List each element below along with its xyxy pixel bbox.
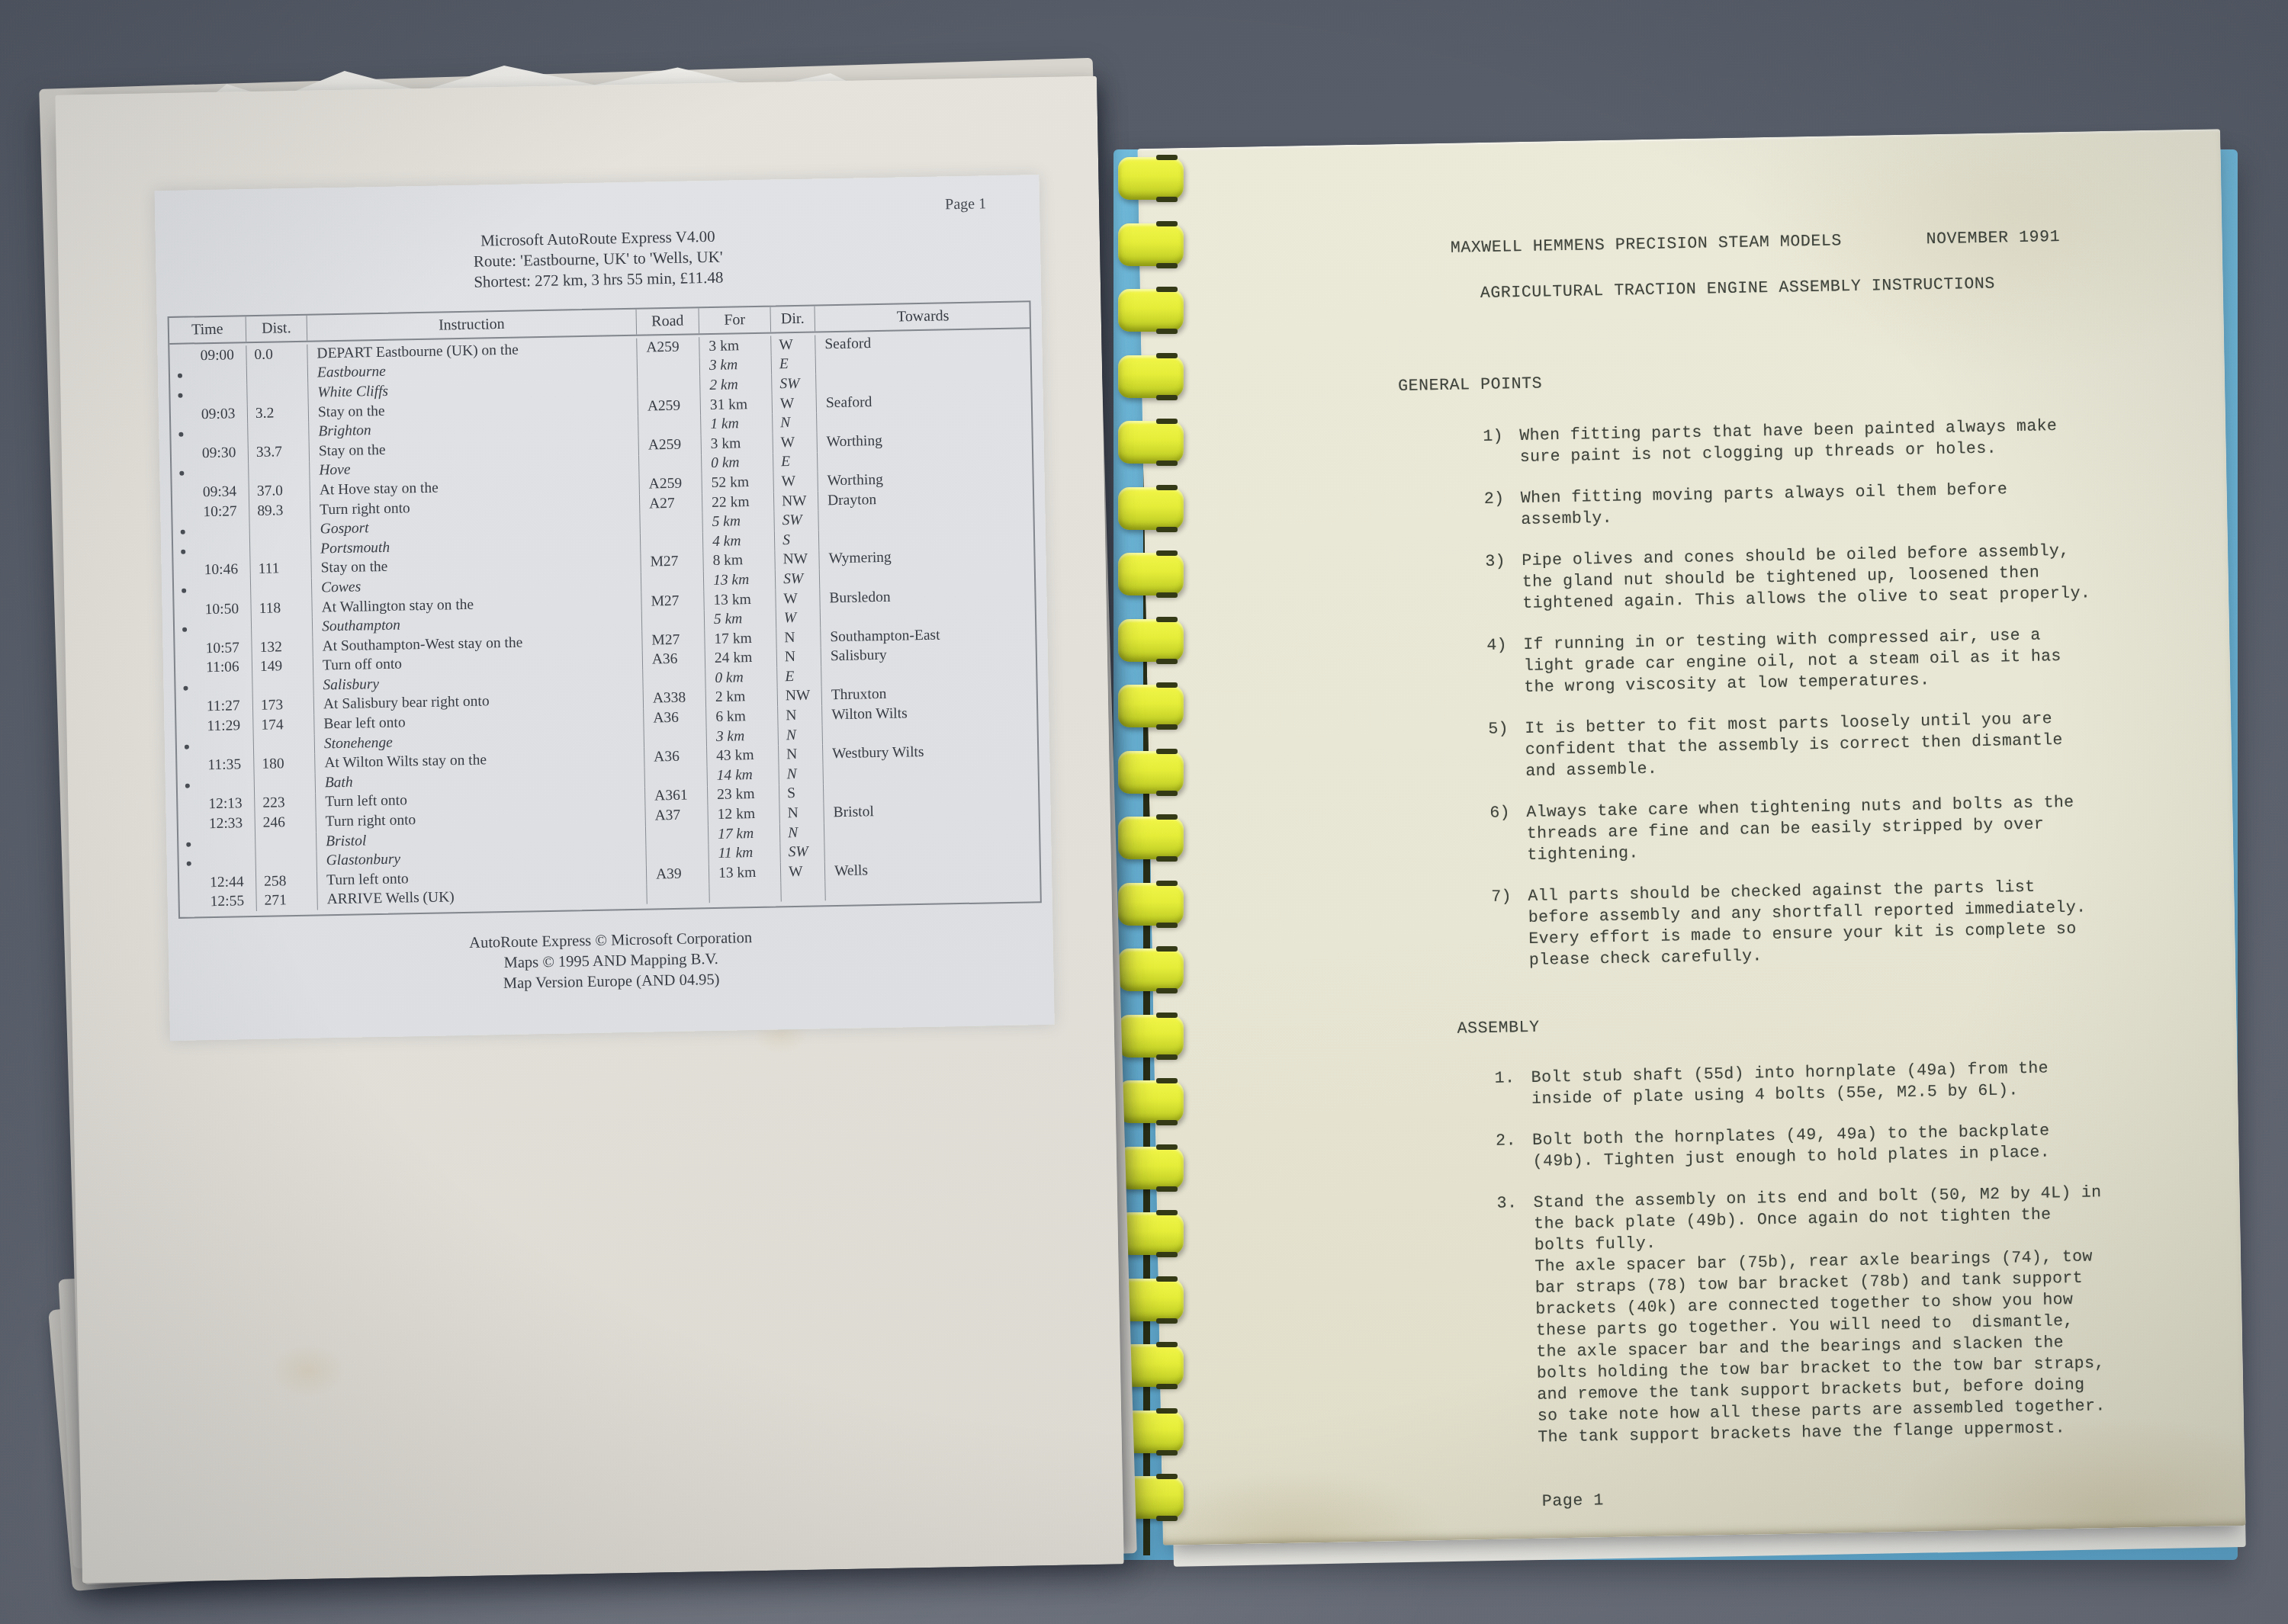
route-direction: N (778, 764, 822, 785)
assembly-step-text: Bolt both the hornplates (49, 49a) to th… (1532, 1120, 2050, 1172)
route-distance: 3.2 (247, 403, 308, 423)
comb-ring (1118, 1080, 1184, 1123)
route-distance: 223 (254, 793, 315, 814)
waypoint-bullet (183, 686, 188, 691)
comb-ring (1118, 817, 1184, 859)
general-point-text: Always take care when tightening nuts an… (1526, 792, 2075, 866)
route-time: 12:13 (208, 796, 243, 814)
general-point-number: 6) (1489, 802, 1528, 867)
route-road: A27 (639, 493, 702, 514)
route-for: 5 km (702, 512, 773, 532)
route-direction: S (779, 784, 823, 804)
general-point-number: 4) (1486, 634, 1525, 699)
route-time-cell: 10:46 (173, 561, 249, 579)
route-for: 1 km (700, 414, 772, 435)
route-distance: 258 (255, 871, 317, 892)
route-time: 11:06 (206, 660, 239, 677)
route-time-cell: 09:30 (172, 445, 248, 463)
assembly-step-item: 1. Bolt stub shaft (55d) into hornplate … (1495, 1056, 2151, 1111)
route-direction: W (773, 432, 817, 453)
manual-date: NOVEMBER 1991 (1926, 228, 2060, 249)
comb-ring (1118, 157, 1184, 200)
comb-ring (1118, 355, 1184, 398)
autoroute-header: Microsoft AutoRoute Express V4.00 Route:… (156, 220, 1041, 298)
route-time: 12:33 (209, 815, 243, 833)
general-point-text: When fitting moving parts always oil the… (1521, 479, 2008, 531)
route-direction: W (773, 472, 817, 493)
route-time: 12:44 (210, 874, 244, 891)
general-point-text: Pipe olives and cones should be oiled be… (1522, 540, 2090, 615)
route-time-cell: 12:13 (178, 796, 254, 814)
column-header-towards: Towards (814, 302, 1031, 331)
route-towards (824, 878, 1041, 901)
route-direction: SW (779, 842, 824, 863)
route-road: A36 (644, 747, 706, 768)
waypoint-bullet (178, 432, 183, 437)
route-direction: SW (775, 570, 819, 590)
route-time-cell: 10:57 (175, 640, 251, 658)
route-time: 10:46 (204, 562, 238, 579)
route-for: 12 km (707, 804, 779, 825)
route-direction: W (770, 335, 815, 355)
route-time: 11:29 (207, 717, 240, 735)
route-distance: 89.3 (249, 500, 310, 521)
assembly-step-number: 1. (1495, 1067, 1532, 1111)
autoroute-printed-area: Page 1 Microsoft AutoRoute Express V4.00… (155, 175, 1055, 1041)
autoroute-printout-sheet: Page 1 Microsoft AutoRoute Express V4.00… (55, 76, 1124, 1584)
route-time-cell: 12:33 (178, 815, 255, 833)
route-distance (253, 734, 314, 755)
route-time: 10:50 (204, 601, 239, 618)
general-point-text: All parts should be checked against the … (1528, 876, 2087, 971)
route-direction: N (779, 823, 824, 843)
route-direction: N (776, 627, 820, 648)
route-road (637, 357, 699, 377)
assembly-step-number: 3. (1497, 1192, 1538, 1449)
route-for: 22 km (702, 492, 773, 512)
route-road (644, 727, 706, 748)
route-for (709, 882, 780, 903)
comb-ring (1118, 421, 1184, 464)
route-time-cell: 12:44 (179, 874, 255, 892)
route-time-cell (174, 589, 250, 591)
route-direction: NW (774, 550, 818, 570)
route-road: A36 (643, 708, 705, 728)
general-point-number: 2) (1484, 488, 1522, 531)
route-road: A338 (643, 688, 705, 709)
general-point-number: 5) (1488, 718, 1526, 783)
general-point-number: 3) (1485, 550, 1523, 615)
route-for: 23 km (707, 785, 779, 805)
route-time-cell (178, 785, 254, 786)
route-distance: 180 (253, 754, 314, 775)
route-direction: W (780, 862, 824, 882)
route-time: 09:00 (200, 347, 234, 364)
waypoint-bullet (185, 783, 190, 788)
general-point-text: It is better to fit most parts loosely u… (1525, 708, 2063, 782)
comb-ring (1118, 685, 1184, 727)
route-distance: 33.7 (248, 442, 309, 463)
general-point-item: 4) If running in or testing with compres… (1486, 624, 2120, 699)
route-time-cell (170, 375, 246, 377)
waypoint-bullet (178, 374, 182, 378)
assembly-heading: ASSEMBLY (1457, 1019, 1539, 1038)
route-direction: W (772, 393, 816, 414)
manual-title: AGRICULTURAL TRACTION ENGINE ASSEMBLY IN… (1480, 275, 1995, 303)
waypoint-bullet (182, 589, 186, 593)
route-for: 24 km (705, 648, 776, 669)
general-point-item: 6) Always take care when tightening nuts… (1489, 791, 2123, 867)
comb-ring (1118, 223, 1184, 266)
route-for: 17 km (704, 628, 776, 649)
general-points-heading: GENERAL POINTS (1398, 374, 1542, 395)
route-distance (246, 384, 307, 404)
route-time: 11:35 (207, 757, 241, 775)
route-for: 11 km (708, 843, 779, 864)
route-distance: 174 (252, 715, 313, 736)
general-point-item: 3) Pipe olives and cones should be oiled… (1485, 540, 2119, 615)
route-direction: S (774, 530, 818, 550)
route-distance: 132 (251, 637, 312, 658)
route-time-cell (173, 531, 249, 532)
comb-ring (1118, 883, 1184, 926)
manual-company-name: MAXWELL HEMMENS PRECISION STEAM MODELS (1451, 232, 1842, 257)
route-direction: W (776, 608, 820, 629)
route-road: M27 (641, 630, 704, 650)
manual-page-number: Page 1 (1542, 1491, 1604, 1510)
assembly-step-text: Bolt stub shaft (55d) into hornplate (49… (1531, 1058, 2049, 1109)
route-for: 2 km (699, 375, 771, 396)
route-distance (255, 852, 316, 872)
route-time-cell: 09:34 (172, 483, 249, 502)
column-header-instruction: Instruction (307, 310, 637, 341)
route-time-cell: 11:27 (176, 698, 252, 717)
route-distance (254, 774, 315, 794)
column-header-dist: Dist. (246, 316, 307, 342)
route-time-cell: 12:55 (179, 893, 255, 911)
route-direction: W (775, 589, 819, 609)
general-point-number: 1) (1483, 425, 1520, 469)
route-road: A39 (646, 864, 709, 884)
route-time: 10:57 (205, 640, 239, 657)
route-time-cell (172, 472, 248, 473)
general-point-text: When fitting parts that have been painte… (1519, 416, 2058, 468)
route-distance: 173 (252, 695, 313, 716)
general-point-text: If running in or testing with compressed… (1523, 624, 2061, 698)
general-point-item: 1) When fitting parts that have been pai… (1483, 415, 2116, 469)
route-direction: N (779, 804, 823, 824)
route-time: 10:27 (203, 503, 237, 521)
route-direction (780, 881, 824, 902)
route-road (641, 571, 703, 592)
route-direction: E (773, 452, 817, 473)
route-for: 14 km (707, 765, 779, 786)
route-distance (249, 520, 310, 541)
assembly-step-number: 2. (1496, 1130, 1533, 1173)
route-direction: N (777, 706, 821, 727)
route-time-cell (178, 843, 255, 845)
route-for: 17 km (708, 823, 779, 844)
route-time-cell: 11:06 (175, 659, 252, 677)
route-direction: N (772, 413, 816, 434)
route-road (645, 825, 708, 846)
route-distance: 271 (255, 891, 317, 911)
route-distance: 111 (249, 559, 310, 579)
waypoint-bullet (182, 627, 187, 632)
column-header-time: Time (169, 316, 246, 343)
route-road: A37 (644, 805, 707, 826)
route-time: 12:55 (210, 894, 244, 911)
route-road: A259 (636, 337, 699, 358)
column-header-road: Road (636, 308, 699, 334)
route-time: 09:03 (201, 406, 236, 423)
route-time-cell (176, 687, 252, 688)
comb-ring (1118, 1015, 1184, 1058)
route-direction: SW (773, 511, 818, 531)
general-point-item: 5) It is better to fit most parts loosel… (1488, 708, 2122, 783)
route-time-cell: 11:35 (177, 756, 253, 775)
route-road: M27 (641, 591, 703, 611)
route-road: A259 (638, 435, 701, 455)
comb-ring (1118, 289, 1184, 332)
route-table: Time Dist. Instruction Road For Dir. Tow… (168, 300, 1042, 919)
column-header-dir: Dir. (770, 306, 815, 332)
route-distance (250, 579, 311, 599)
route-for: 8 km (702, 550, 774, 571)
route-distance: 0.0 (246, 345, 307, 365)
route-for: 31 km (700, 394, 772, 415)
route-direction: N (778, 725, 822, 746)
route-for: 13 km (709, 862, 780, 883)
route-for: 52 km (701, 473, 773, 493)
route-time-cell (171, 433, 247, 435)
waypoint-bullet (185, 744, 189, 749)
route-distance: 149 (252, 656, 313, 677)
route-time-cell (170, 394, 246, 396)
route-for: 0 km (705, 668, 776, 688)
route-road (644, 766, 707, 787)
route-for: 3 km (706, 726, 778, 746)
route-distance (248, 461, 309, 482)
route-time-cell: 10:27 (172, 503, 249, 522)
route-for: 13 km (703, 570, 775, 591)
comb-ring (1118, 948, 1184, 991)
waypoint-bullet (178, 393, 182, 398)
route-time-cell: 11:29 (176, 717, 252, 736)
route-time-cell (175, 628, 251, 630)
route-road (638, 416, 700, 436)
route-road (641, 611, 704, 631)
assembly-steps-list: 1. Bolt stub shaft (55d) into hornplate … (1495, 1056, 2158, 1449)
route-distance: 37.0 (249, 481, 310, 502)
route-road: M27 (640, 552, 702, 573)
waypoint-bullet (179, 471, 184, 476)
route-table-body: 09:00 0.0 DEPART Eastbourne (UK) on the … (169, 329, 1040, 917)
route-road (640, 532, 702, 553)
general-point-number: 7) (1491, 886, 1529, 972)
comb-ring (1118, 1147, 1184, 1189)
route-road (637, 376, 699, 396)
route-distance (255, 832, 316, 852)
route-for: 43 km (706, 746, 778, 766)
manual-page: MAXWELL HEMMENS PRECISION STEAM MODELS N… (1137, 129, 2245, 1545)
route-distance (246, 364, 307, 384)
route-for: 4 km (702, 531, 774, 551)
route-distance (247, 422, 308, 443)
route-for: 2 km (705, 687, 777, 708)
route-direction: N (776, 647, 821, 668)
route-distance (251, 618, 312, 638)
general-points-list: 1) When fitting parts that have been pai… (1483, 415, 2126, 972)
route-for: 3 km (699, 336, 770, 357)
route-road: A259 (638, 396, 700, 416)
route-for: 13 km (703, 589, 775, 610)
route-road (638, 454, 701, 475)
route-time: 09:34 (203, 483, 237, 501)
route-direction: E (771, 355, 815, 375)
route-time-cell: 09:03 (171, 406, 247, 424)
route-direction: NW (777, 686, 821, 707)
route-road (646, 884, 709, 904)
route-distance (249, 540, 310, 560)
comb-ring (1118, 487, 1184, 530)
route-for: 6 km (705, 707, 777, 727)
route-for: 5 km (704, 609, 776, 630)
route-time-cell (177, 746, 253, 747)
route-direction: E (776, 667, 821, 688)
route-time: 11:27 (207, 698, 240, 716)
route-time-cell: 09:00 (169, 347, 246, 365)
route-time-cell: 10:50 (174, 601, 250, 619)
comb-ring (1118, 619, 1184, 662)
route-road (642, 669, 705, 689)
general-point-item: 2) When fitting moving parts always oil … (1484, 477, 2118, 531)
route-road: A259 (638, 473, 701, 494)
route-distance: 118 (250, 598, 311, 618)
comb-ring (1118, 553, 1184, 595)
route-road (645, 845, 708, 865)
waypoint-bullet (186, 842, 191, 846)
assembly-step-item: 2. Bolt both the hornplates (49, 49a) to… (1496, 1119, 2152, 1173)
route-for: 0 km (701, 453, 773, 473)
route-for: 3 km (701, 433, 773, 454)
column-header-for: For (698, 307, 770, 334)
autoroute-footer: AutoRoute Express © Microsoft Corporatio… (169, 923, 1054, 1000)
route-time-cell (179, 862, 255, 864)
route-direction: N (778, 745, 822, 765)
waypoint-bullet (187, 862, 191, 866)
assembly-step-item: 3. Stand the assembly on its end and bol… (1497, 1181, 2158, 1449)
waypoint-bullet (181, 549, 185, 554)
route-road (639, 513, 702, 534)
general-point-item: 7) All parts should be checked against t… (1491, 875, 2126, 972)
route-distance (252, 676, 313, 697)
comb-ring (1118, 751, 1184, 794)
route-direction: NW (773, 491, 818, 512)
route-for: 3 km (699, 355, 771, 376)
route-time-cell (173, 550, 249, 552)
route-road: A36 (642, 650, 705, 670)
assembly-step-text: Stand the assembly on its end and bolt (… (1534, 1182, 2106, 1449)
route-road: A361 (644, 786, 707, 807)
autoroute-page-number: Page 1 (945, 195, 986, 213)
waypoint-bullet (181, 530, 185, 534)
route-distance: 246 (255, 813, 316, 833)
route-direction: SW (771, 374, 815, 395)
route-time: 09:30 (202, 445, 236, 462)
